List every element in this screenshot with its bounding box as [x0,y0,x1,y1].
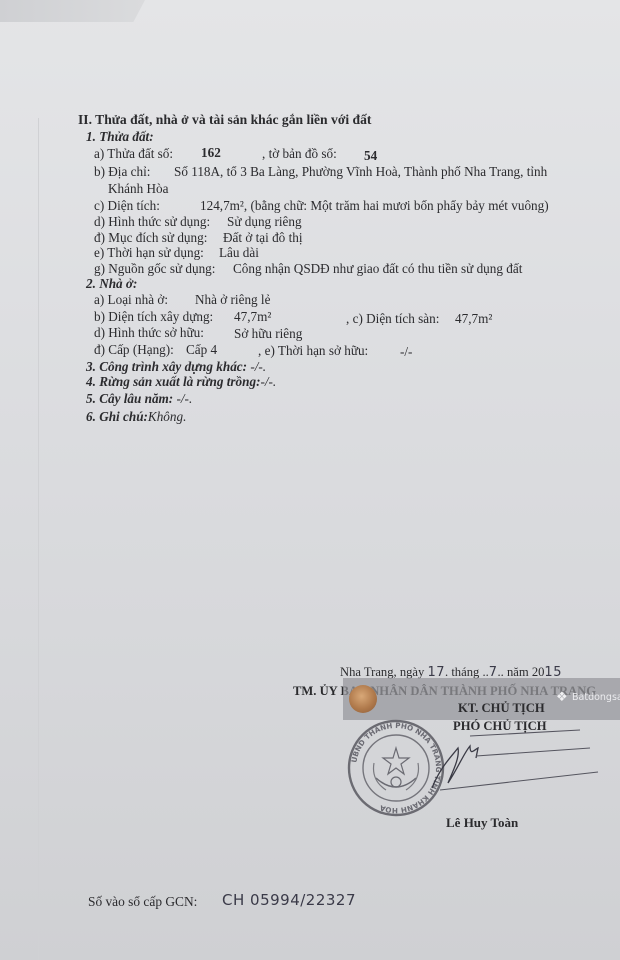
other-construction: 3. Công trình xây dựng khác: -/-. [86,359,266,375]
watermark-brand: Batdongsan [572,692,620,703]
registry-value: CH 05994/22327 [222,892,356,908]
other-perennial: 5. Cây lâu năm: -/-. [86,391,192,407]
address-label: b) Địa chỉ: [94,164,150,180]
handwritten-signature-icon [430,728,600,798]
other-construction-value: -/-. [250,359,266,374]
floor-area-value: 47,7m² [455,311,492,327]
floor-area-label: , c) Diện tích sàn: [346,311,439,327]
on-behalf-title: KT. CHỦ TỊCH [458,700,545,716]
parcel-number: 162 [201,145,221,161]
area-label: c) Diện tích: [94,198,160,214]
other-forest: 4. Rừng sản xuất là rừng trồng:-/-. [86,374,276,390]
other-notes-value: Không. [148,409,186,424]
address-line1: Số 118A, tổ 3 Ba Làng, Phường Vĩnh Hoà, … [174,164,547,180]
grade-label: đ) Cấp (Hạng): [94,342,174,358]
own-term-value: -/- [400,344,412,360]
year-label: năm 20 [507,665,544,679]
house-heading: 2. Nhà ở: [86,276,137,292]
other-forest-label: 4. Rừng sản xuất là rừng trồng: [86,374,260,389]
other-perennial-label: 5. Cây lâu năm: [86,391,173,406]
build-area-label: b) Diện tích xây dựng: [94,309,213,325]
use-form-label: d) Hình thức sử dụng: [94,214,210,230]
origin-label: g) Nguồn gốc sử dụng: [94,261,215,277]
use-purpose-value: Đất ở tại đô thị [223,230,303,246]
other-forest-value: -/-. [260,374,276,389]
house-type-label: a) Loại nhà ở: [94,292,168,308]
use-form-value: Sử dụng riêng [227,214,302,230]
watermark-avatar [349,685,377,713]
use-purpose-label: đ) Mục đích sử dụng: [94,230,207,246]
own-term-label: , e) Thời hạn sở hữu: [258,343,368,359]
other-construction-label: 3. Công trình xây dựng khác: [86,359,247,374]
ownership-label: d) Hình thức sở hữu: [94,325,204,341]
origin-value: Công nhận QSDĐ như giao đất có thu tiền … [233,261,522,277]
other-perennial-value: -/-. [177,391,193,406]
use-term-label: e) Thời hạn sử dụng: [94,245,204,261]
ownership-value: Sở hữu riêng [234,326,302,342]
registry-label: Số vào sổ cấp GCN: [88,894,197,910]
build-area-value: 47,7m² [234,309,271,325]
batdongsan-logo-icon: ❖ [556,690,572,706]
house-type-value: Nhà ở riêng lẻ [195,292,270,308]
grade-value: Cấp 4 [186,342,217,358]
land-heading: 1. Thửa đất: [86,129,154,145]
address-line2: Khánh Hòa [108,181,168,197]
other-notes: 6. Ghi chú:Không. [86,409,186,425]
place-date-prefix: Nha Trang, ngày [340,665,424,679]
section-title: II. Thửa đất, nhà ở và tài sản khác gắn … [78,112,371,128]
use-term-value: Lâu dài [219,245,259,261]
map-sheet-number: 54 [364,148,377,164]
parcel-label: a) Thửa đất số: [94,146,173,162]
month-label: tháng [451,665,479,679]
map-sheet-label: , tờ bản đồ số: [262,146,337,162]
signer-name: Lê Huy Toàn [446,815,518,831]
certificate-page: II. Thửa đất, nhà ở và tài sản khác gắn … [0,0,620,960]
area-value: 124,7m², (bằng chữ: Một trăm hai mươi bố… [200,198,549,214]
other-notes-label: 6. Ghi chú: [86,409,148,424]
